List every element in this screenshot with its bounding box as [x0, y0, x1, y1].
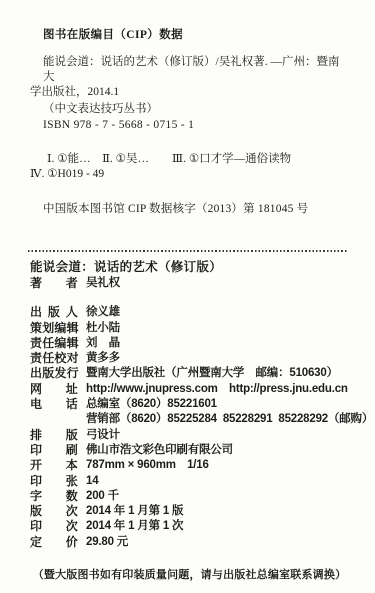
colophon-row-author: 著者吴礼权 [30, 276, 349, 291]
colophon-row-price: 定价29.80 元 [30, 535, 349, 550]
colophon-row-value: 吴礼权 [86, 276, 120, 291]
colophon-row-label: 策划编辑 [30, 321, 78, 336]
colophon-row-label: 印次 [30, 519, 78, 534]
colophon-row-label: 网址 [30, 382, 78, 397]
colophon-row-impression: 印次2014 年 1 月第 1 次 [30, 519, 349, 534]
book-title: 能说会道：说话的艺术（修订版） [30, 259, 349, 275]
colophon-row-label: 责任校对 [30, 351, 78, 366]
cip-entry-line2: 学出版社，2014.1 [30, 85, 349, 100]
dotted-divider [28, 250, 348, 252]
colophon-row-publisher-person: 出版人徐义雄 [30, 305, 349, 320]
colophon-row-label: 出版发行 [30, 366, 78, 381]
cip-classification-line2: Ⅳ. ①H019 - 49 [30, 167, 349, 182]
colophon-row-label: 排版 [30, 428, 78, 443]
colophon-row-sheets: 印张14 [30, 474, 349, 489]
colophon-row-value: 总编室（8620）85221601 [86, 397, 217, 412]
cip-isbn: ISBN 978 - 7 - 5668 - 0715 - 1 [30, 118, 349, 133]
colophon-row-typesetting: 排版弓设计 [30, 428, 349, 443]
cip-record-number: 中国版本图书馆 CIP 数据核字（2013）第 181045 号 [30, 202, 349, 217]
colophon-section: 能说会道：说话的艺术（修订版） 著者吴礼权 出版人徐义雄 策划编辑杜小陆 责任编… [30, 259, 349, 582]
colophon-row-phone: 电话总编室（8620）85221601 [30, 397, 349, 412]
colophon-row-value: 14 [86, 474, 98, 489]
colophon-row-publisher: 出版发行暨南大学出版社（广州暨南大学 邮编：510630） [30, 366, 349, 381]
colophon-row-label: 字数 [30, 489, 78, 504]
colophon-row-label: 开本 [30, 458, 78, 473]
colophon-row-label: 著者 [30, 276, 78, 291]
colophon-row-value: 佛山市浩文彩色印刷有限公司 [86, 443, 233, 458]
colophon-row-label: 印张 [30, 474, 78, 489]
colophon-row-value: 2014 年 1 月第 1 次 [86, 519, 183, 534]
colophon-row-value: 刘 晶 [86, 336, 120, 351]
colophon-row-value: 徐义雄 [86, 305, 120, 320]
colophon-row-label: 出版人 [30, 305, 78, 320]
colophon-row-label: 定价 [30, 535, 78, 550]
colophon-row-proofreader: 责任校对黄多多 [30, 351, 349, 366]
colophon-row-printing: 印刷佛山市浩文彩色印刷有限公司 [30, 443, 349, 458]
colophon-row-phone-marketing: 营销部（8620）85225284 85228291 85228292（邮购） [30, 412, 349, 427]
colophon-row-value: 杜小陆 [86, 321, 120, 336]
cip-section: 图书在版编目（CIP）数据 能说会道：说话的艺术（修订版）/吴礼权著. —广州：… [30, 28, 349, 217]
colophon-row-responsible-editor: 责任编辑刘 晶 [30, 336, 349, 351]
colophon-row-value: http://www.jnupress.com http://press.jnu… [86, 382, 348, 397]
colophon-row-label: 电话 [30, 397, 78, 412]
colophon-row-value: 29.80 元 [86, 535, 128, 550]
cip-heading: 图书在版编目（CIP）数据 [30, 28, 349, 43]
colophon-row-label: 责任编辑 [30, 336, 78, 351]
colophon-row-label: 版次 [30, 504, 78, 519]
colophon-row-value: 200 千 [86, 489, 119, 504]
copyright-page: 图书在版编目（CIP）数据 能说会道：说话的艺术（修订版）/吴礼权著. —广州：… [0, 0, 375, 593]
colophon-row-edition: 版次2014 年 1 月第 1 版 [30, 504, 349, 519]
cip-classification-line1: Ⅰ. ①能… Ⅱ. ①吴… Ⅲ. ①口才学—通俗读物 [30, 152, 349, 167]
quality-note: （暨大版图书如有印装质量问题，请与出版社总编室联系调换） [30, 566, 349, 582]
colophon-row-value: 2014 年 1 月第 1 版 [86, 504, 183, 519]
colophon-row-word-count: 字数200 千 [30, 489, 349, 504]
colophon-row-value: 暨南大学出版社（广州暨南大学 邮编：510630） [86, 366, 338, 381]
colophon-rows: 著者吴礼权 出版人徐义雄 策划编辑杜小陆 责任编辑刘 晶 责任校对黄多多 出版发… [30, 276, 349, 550]
colophon-row-value: 黄多多 [86, 351, 120, 366]
colophon-row-format: 开本787mm × 960mm 1/16 [30, 458, 349, 473]
colophon-row-label: 印刷 [30, 443, 78, 458]
colophon-row-value: 营销部（8620）85225284 85228291 85228292（邮购） [86, 412, 373, 427]
colophon-row-value: 787mm × 960mm 1/16 [86, 458, 209, 473]
colophon-row-value: 弓设计 [86, 428, 120, 443]
colophon-row-planning-editor: 策划编辑杜小陆 [30, 321, 349, 336]
cip-series-note: （中文表达技巧丛书） [30, 102, 349, 117]
colophon-row-website: 网址http://www.jnupress.com http://press.j… [30, 382, 349, 397]
cip-entry-line1: 能说会道：说话的艺术（修订版）/吴礼权著. —广州：暨南大 [30, 55, 349, 85]
